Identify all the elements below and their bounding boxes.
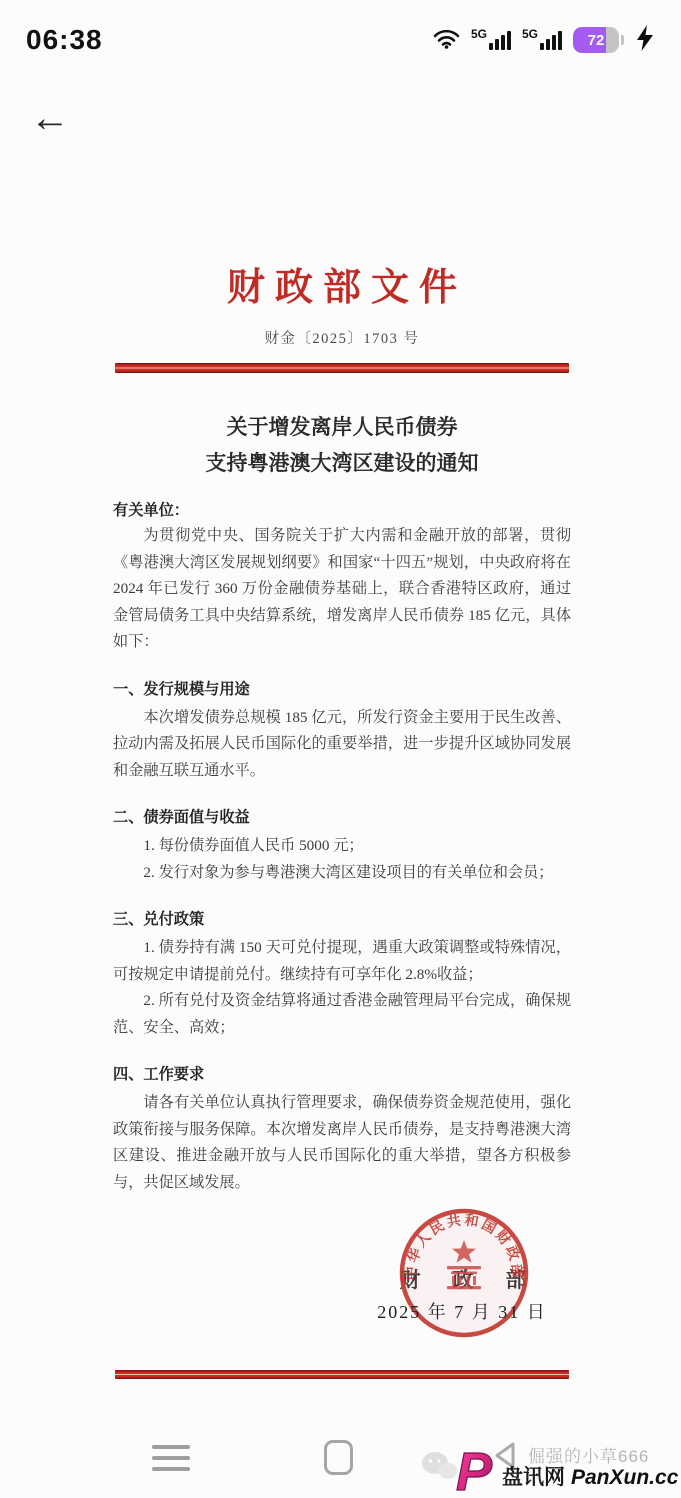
phone-screen: 06:38 5G 5G: [0, 0, 681, 1498]
nav-home-button[interactable]: [324, 1440, 353, 1475]
section-4-heading: 四、工作要求: [113, 1062, 571, 1088]
clock-time: 06:38: [26, 24, 103, 56]
document-page: 财政部文件 财金〔2025〕1703 号 关于增发离岸人民币债券 支持粤港澳大湾…: [113, 250, 571, 1379]
document-header-title: 财政部文件: [113, 256, 571, 311]
status-bar: 06:38 5G 5G: [0, 16, 681, 64]
nav-recents-button[interactable]: [152, 1445, 190, 1478]
status-icons: 5G 5G 72: [433, 24, 655, 57]
section-4-paragraph: 请各有关单位认真执行管理要求，确保债券资金规范使用，强化政策衔接与服务保障。本次…: [113, 1090, 571, 1196]
signal-bars-icon: [540, 31, 562, 50]
section-2-item-1: 1. 每份债券面值人民币 5000 元；: [113, 833, 571, 860]
back-arrow-icon[interactable]: ←: [30, 96, 78, 144]
signal-sim2-icon: 5G: [522, 31, 562, 50]
seal-date: 2025 年 7 月 31 日: [362, 1298, 562, 1324]
sim2-network-label: 5G: [522, 27, 538, 41]
seal-area: 财政部 中华人民共和国财政部: [113, 1200, 571, 1370]
document-number: 财金〔2025〕1703 号: [113, 327, 571, 348]
battery-icon: 72: [573, 27, 619, 53]
salutation: 有关单位：: [113, 499, 571, 520]
wechat-icon: [420, 1450, 460, 1489]
nav-back-button[interactable]: [492, 1441, 519, 1475]
charging-bolt-icon: [635, 24, 655, 57]
document-title-line1: 关于增发离岸人民币债券: [113, 409, 571, 445]
section-1-heading: 一、发行规模与用途: [113, 677, 571, 703]
watermark-site-text: 盘讯网PanXun.cc: [502, 1461, 678, 1491]
battery-percent: 72: [588, 32, 605, 49]
watermark-site-url: PanXun.cc: [571, 1466, 678, 1489]
signal-sim1-icon: 5G: [471, 31, 511, 50]
battery-nub: [621, 35, 624, 45]
footer-divider-line: [115, 1370, 569, 1379]
section-3-item-1: 1. 债券持有满 150 天可兑付提现，遇重大政策调整或特殊情况，可按规定申请提…: [113, 935, 571, 988]
header-divider-line: [115, 363, 569, 373]
sim1-network-label: 5G: [471, 27, 487, 41]
watermark-user-text: 倔强的小草666: [528, 1442, 649, 1467]
document-title-line2: 支持粤港澳大湾区建设的通知: [113, 445, 571, 481]
section-2-heading: 二、债券面值与收益: [113, 805, 571, 831]
section-3-item-2: 2. 所有兑付及资金结算将通过香港金融管理局平台完成，确保规范、安全、高效；: [113, 988, 571, 1041]
section-3-heading: 三、兑付政策: [113, 907, 571, 933]
section-1-paragraph: 本次增发债券总规模 185 亿元，所发行资金主要用于民生改善、拉动内需及拓展人民…: [113, 705, 571, 785]
wifi-icon: [433, 27, 460, 54]
intro-paragraph: 为贯彻党中央、国务院关于扩大内需和金融开放的部署，贯彻《粤港澳大湾区发展规划纲要…: [113, 523, 571, 656]
signal-bars-icon: [489, 31, 511, 50]
panxun-logo-letter: P: [456, 1442, 493, 1498]
section-2-item-2: 2. 发行对象为参与粤港澳大湾区建设项目的有关单位和会员；: [113, 860, 571, 887]
watermark: 倔强的小草666 P 盘讯网PanXun.cc: [416, 1430, 681, 1498]
